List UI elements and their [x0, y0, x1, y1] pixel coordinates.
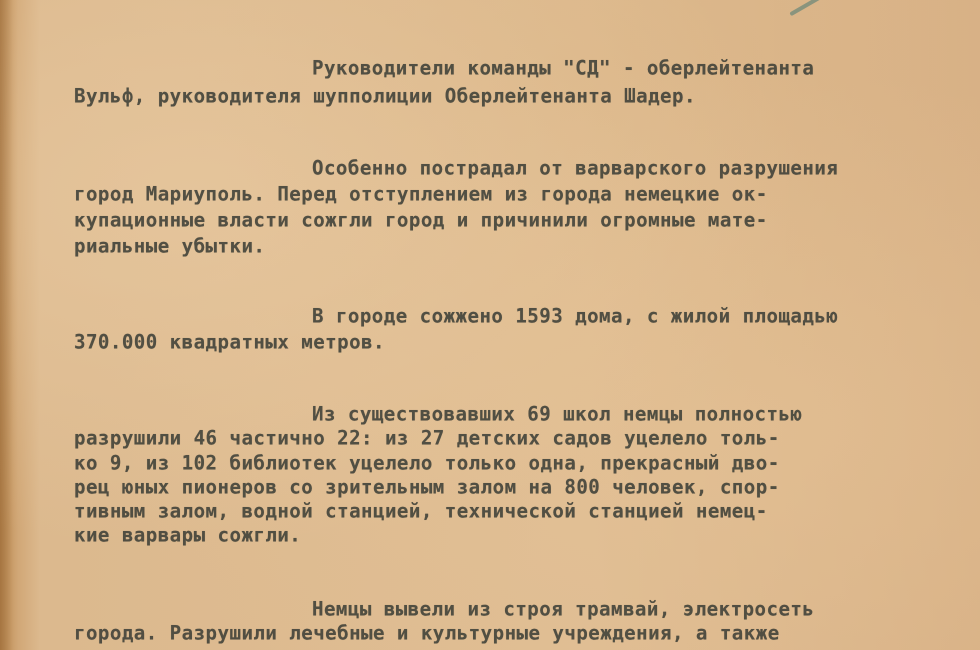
- text-line: купационные власти сожгли город и причин…: [74, 209, 768, 232]
- text-line: ко 9, из 102 библиотек уцелело только од…: [74, 452, 780, 475]
- text-line: 370.000 квадратных метров.: [74, 331, 385, 354]
- text-line: рец юных пионеров со зрительным залом на…: [74, 476, 780, 499]
- text-line: город Мариуполь. Перед отступлением из г…: [74, 183, 768, 206]
- pen-mark-decoration: [789, 0, 820, 16]
- typewritten-document-page: Руководители команды "СД" - оберлейтенан…: [0, 0, 980, 650]
- paper-left-edge-shadow: [0, 0, 18, 650]
- text-line: Особенно пострадал от варварского разруш…: [312, 157, 838, 180]
- text-line: риальные убытки.: [74, 235, 265, 258]
- text-line: города. Разрушили лечебные и культурные …: [74, 622, 780, 645]
- text-line: разрушили 46 частично 22: из 27 детских …: [74, 427, 780, 450]
- text-line: В городе сожжено 1593 дома, с жилой площ…: [312, 305, 838, 328]
- text-line: Немцы вывели из строя трамвай, электросе…: [312, 598, 814, 621]
- text-line: Руководители команды "СД" - оберлейтенан…: [312, 57, 814, 80]
- text-line: Из существовавших 69 школ немцы полность…: [312, 403, 802, 426]
- text-line: тивным залом, водной станцией, техническ…: [74, 500, 768, 523]
- text-line: Вульф, руководителя шупполиции Оберлейте…: [74, 85, 696, 108]
- text-line: кие варвары сожгли.: [74, 524, 301, 547]
